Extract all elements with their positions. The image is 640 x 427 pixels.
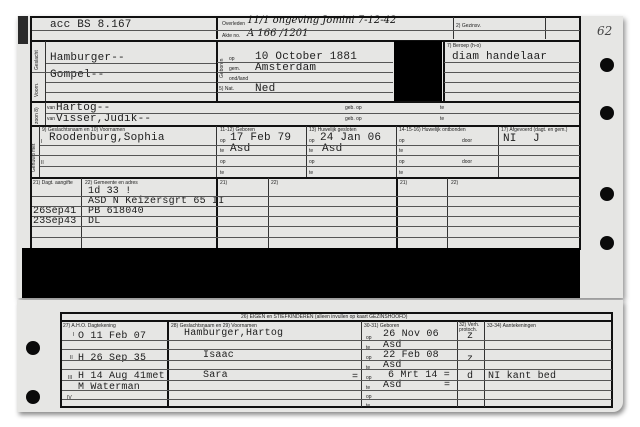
corner-mark: 62 — [597, 24, 612, 38]
dissolved-te: te — [399, 148, 403, 154]
divider — [457, 321, 458, 407]
punch-hole — [600, 58, 614, 72]
child-index: I — [73, 332, 74, 338]
col21-header-right: 21) — [400, 180, 407, 186]
child-index: IV — [67, 395, 72, 401]
punch-hole — [600, 106, 614, 120]
rule — [62, 380, 612, 381]
rule — [40, 166, 580, 167]
rule — [32, 40, 580, 42]
rule — [217, 62, 393, 63]
child-name: Hamburger,Hartog — [184, 328, 283, 339]
spouse-side-label: Gehuwd met — [31, 144, 37, 172]
mother-prefix: van — [47, 116, 55, 122]
dissolved-op: op — [399, 138, 405, 144]
rule — [32, 72, 216, 73]
divider — [498, 126, 499, 178]
rule — [32, 206, 580, 207]
punch-hole — [600, 187, 614, 201]
born-te-label: te — [366, 365, 370, 371]
marriage-op-2: op — [309, 159, 315, 165]
akte-label: Akte no. — [222, 33, 240, 39]
rule — [62, 340, 612, 341]
rule — [62, 390, 612, 391]
address-date-header: 21) Dagt. aangifte — [33, 180, 73, 186]
spouse-born-te: te — [220, 148, 224, 154]
rule — [46, 92, 216, 93]
dissolved-header: 14-15-16) Huwelijk ontbonden — [399, 127, 466, 133]
col21-header: 21) — [220, 180, 227, 186]
dissolved-op-2: op — [399, 159, 405, 165]
punch-hole — [26, 341, 40, 355]
rule — [444, 82, 580, 83]
rule — [62, 349, 612, 350]
afgevoerd-value-1: NI — [503, 133, 517, 145]
divider — [396, 126, 397, 178]
rule — [32, 196, 580, 197]
rule — [32, 226, 580, 227]
dissolved-door-2: door — [462, 159, 472, 165]
overleden-label: Overleden — [222, 21, 245, 27]
rule — [444, 62, 580, 63]
redacted-photo-area — [394, 41, 442, 102]
rule — [46, 82, 216, 83]
rule — [62, 399, 612, 400]
marriage-op: op — [309, 138, 315, 144]
marriage-te-2: te — [309, 170, 313, 176]
overleden-value: 11/1 ongeving Jomini 7-12-42 — [247, 15, 396, 26]
afgevoerd-value-2: J — [533, 133, 540, 145]
remarks-header: 33-34) Aantekeningen — [487, 323, 536, 329]
rule — [444, 72, 580, 73]
divider — [361, 321, 362, 407]
divider — [39, 126, 40, 178]
rule — [444, 92, 580, 93]
spouse-born-op-2: op — [220, 159, 226, 165]
rule — [62, 320, 612, 322]
spouse-born-op: op — [220, 138, 226, 144]
rule — [32, 177, 580, 179]
col22-header-right: 22) — [451, 180, 458, 186]
divider — [167, 321, 169, 407]
rule — [40, 145, 580, 146]
mother-te-label: te — [440, 116, 444, 122]
rule — [217, 72, 393, 73]
parents-label: zoon 8) — [34, 107, 40, 124]
rule — [217, 82, 393, 83]
nationality: Ned — [255, 83, 275, 95]
rule — [46, 63, 216, 64]
rule — [62, 369, 612, 370]
gezinsv-label: 2) Gezinsv. — [456, 23, 481, 29]
rule — [46, 113, 580, 114]
divider — [45, 102, 46, 126]
father-te-label: te — [440, 105, 444, 111]
divider — [545, 17, 546, 39]
child-aho: H 26 Sep 35 — [78, 353, 146, 364]
rule — [32, 101, 580, 103]
rule — [217, 92, 393, 93]
corner-tab — [18, 16, 28, 44]
divider — [216, 17, 218, 39]
rule — [32, 155, 580, 156]
spouse-name: Roodenburg,Sophia — [49, 132, 165, 144]
marriage-te: te — [309, 148, 313, 154]
child-born-date: 26 Nov 06 — [383, 329, 439, 340]
father-prefix: van — [47, 105, 55, 111]
rule — [32, 216, 580, 217]
punch-hole — [600, 236, 614, 250]
mother-geb-op-label: geb. op — [345, 116, 362, 122]
born-te-label: te — [366, 403, 370, 409]
given-name-value: Gompel-- — [50, 69, 104, 81]
beroep-label: 7) Beroep (h-o) — [447, 43, 481, 49]
child-aho-2: M Waterman — [78, 382, 140, 393]
mother-name: Visser,Judik-- — [56, 113, 151, 125]
spouse-born-te-2: te — [220, 170, 224, 176]
father-geb-op-label: geb. op — [345, 105, 362, 111]
divider — [453, 17, 454, 39]
divider — [306, 126, 307, 178]
rule — [32, 30, 580, 31]
divider — [216, 126, 217, 178]
dissolved-te-2: te — [399, 170, 403, 176]
punch-hole — [26, 390, 40, 404]
child-name-mark: = — [352, 372, 358, 383]
geslacht-label: Geslacht — [34, 50, 40, 70]
rule — [32, 237, 580, 238]
divider — [484, 321, 485, 407]
rule — [62, 360, 612, 361]
dissolved-door: door — [462, 138, 472, 144]
aho-header: 27) A.H.O. Dagtekening — [63, 323, 116, 329]
born-te-label: te — [366, 345, 370, 351]
voorn-label: Voorn. — [34, 83, 40, 97]
col22-header: 22) — [271, 180, 278, 186]
redacted-band — [22, 248, 580, 298]
